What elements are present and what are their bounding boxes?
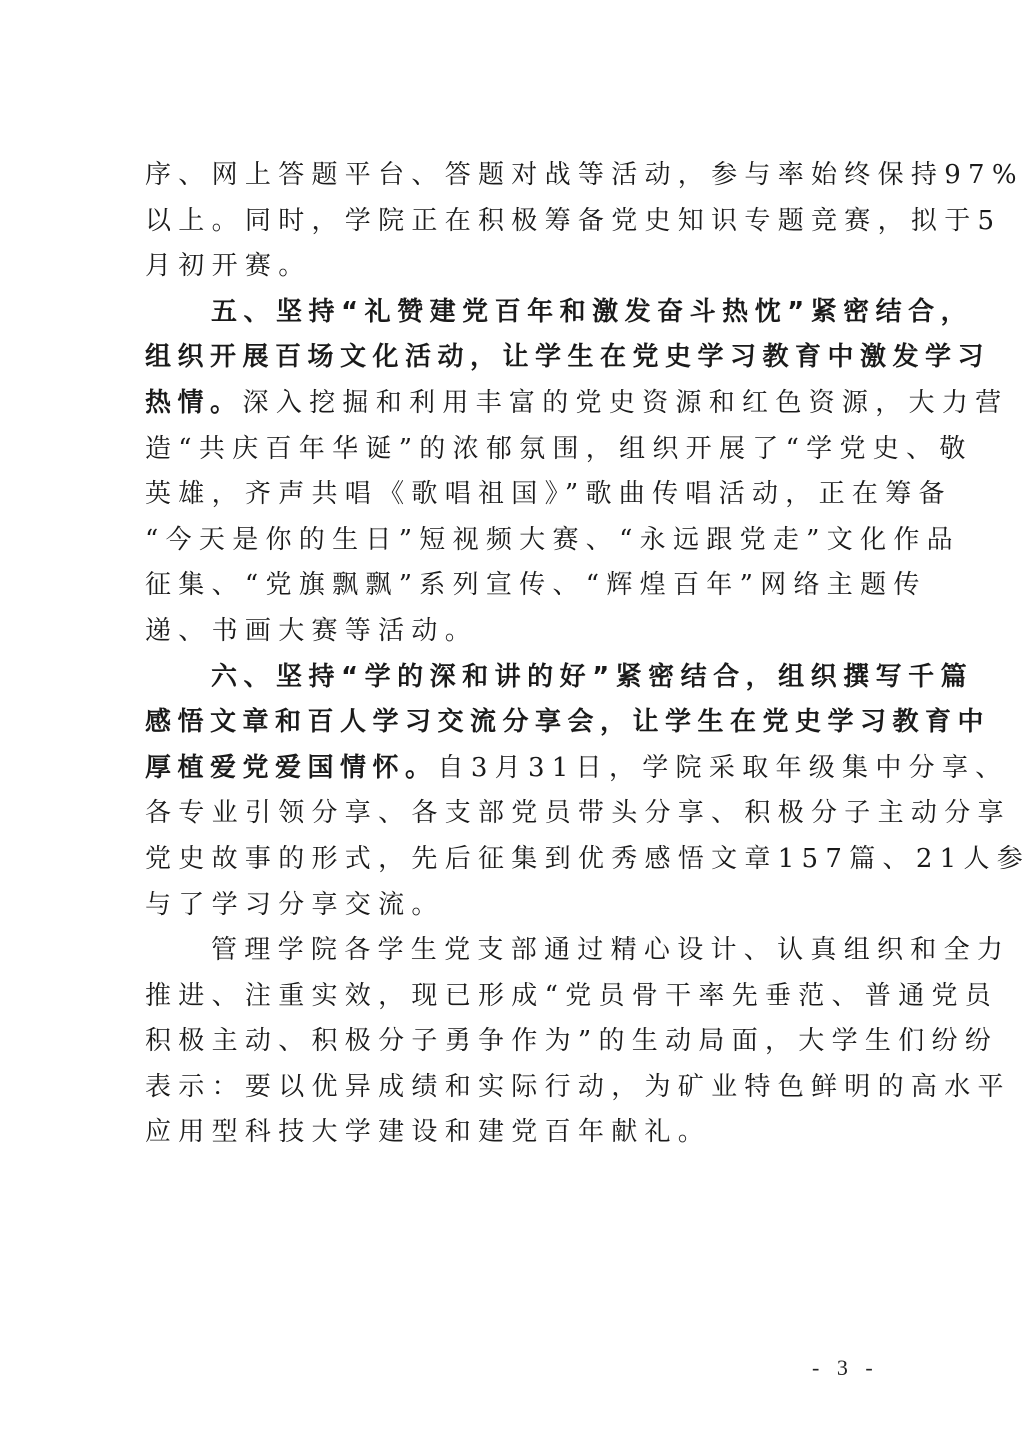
body-line: 造“共庆百年华诞”的浓郁氛围，组织开展了“学党史、敬 [145,427,880,473]
body-text: 深入挖掘和利用丰富的党史资源和红色资源，大力营 [243,388,1009,418]
body-line: “今天是你的生日”短视频大赛、“永远跟党走”文化作品 [145,518,880,564]
document-page: 序、网上答题平台、答题对战等活动，参与率始终保持97% 以上。同时，学院正在积极… [0,0,1024,1448]
body-line: 英雄，齐声共唱《歌唱祖国》”歌曲传唱活动，正在筹备 [145,472,880,518]
body-line: 以上。同时，学院正在积极筹备党史知识专题竞赛，拟于5 [145,199,880,245]
body-text: 自3月31日，学院采取年级集中分享、 [438,753,1009,783]
conclusion-line: 积极主动、积极分子勇争作为”的生动局面，大学生们纷纷 [145,1019,880,1065]
heading-text: 厚植爱党爱国情怀。 [145,753,438,783]
page-number: - 3 - [812,1355,879,1381]
body-line: 热情。深入挖掘和利用丰富的党史资源和红色资源，大力营 [145,381,880,427]
body-line: 递、书画大赛等活动。 [145,609,880,655]
section-heading-6-cont: 感悟文章和百人学习交流分享会，让学生在党史学习教育中 [145,700,880,746]
conclusion-line: 表示：要以优异成绩和实际行动，为矿业特色鲜明的高水平 [145,1065,880,1111]
body-line: 征集、“党旗飘飘”系列宣传、“辉煌百年”网络主题传 [145,563,880,609]
section-heading-5: 五、坚持“礼赞建党百年和激发奋斗热忱”紧密结合， [145,290,880,336]
conclusion-line: 推进、注重实效，现已形成“党员骨干率先垂范、普通党员 [145,974,880,1020]
heading-text: 组织开展百场文化活动，让学生在党史学习教育中激发学习 [145,342,990,372]
body-line: 序、网上答题平台、答题对战等活动，参与率始终保持97% [145,153,880,199]
heading-text: 热情。 [145,388,243,418]
body-line: 厚植爱党爱国情怀。自3月31日，学院采取年级集中分享、 [145,746,880,792]
heading-text: 六、坚持“学的深和讲的好”紧密结合，组织撰写千篇 [211,662,973,692]
body-line: 各专业引领分享、各支部党员带头分享、积极分子主动分享 [145,791,880,837]
heading-text: 感悟文章和百人学习交流分享会，让学生在党史学习教育中 [145,707,990,737]
body-line: 党史故事的形式，先后征集到优秀感悟文章157篇、21人参 [145,837,880,883]
section-heading-5-cont: 组织开展百场文化活动，让学生在党史学习教育中激发学习 [145,335,880,381]
heading-text: 五、坚持“礼赞建党百年和激发奋斗热忱”紧密结合， [211,297,973,327]
document-body: 序、网上答题平台、答题对战等活动，参与率始终保持97% 以上。同时，学院正在积极… [145,153,880,1156]
section-heading-6: 六、坚持“学的深和讲的好”紧密结合，组织撰写千篇 [145,655,880,701]
conclusion-line: 管理学院各学生党支部通过精心设计、认真组织和全力 [145,928,880,974]
body-line: 月初开赛。 [145,244,880,290]
body-line: 与了学习分享交流。 [145,883,880,929]
conclusion-line: 应用型科技大学建设和建党百年献礼。 [145,1110,880,1156]
